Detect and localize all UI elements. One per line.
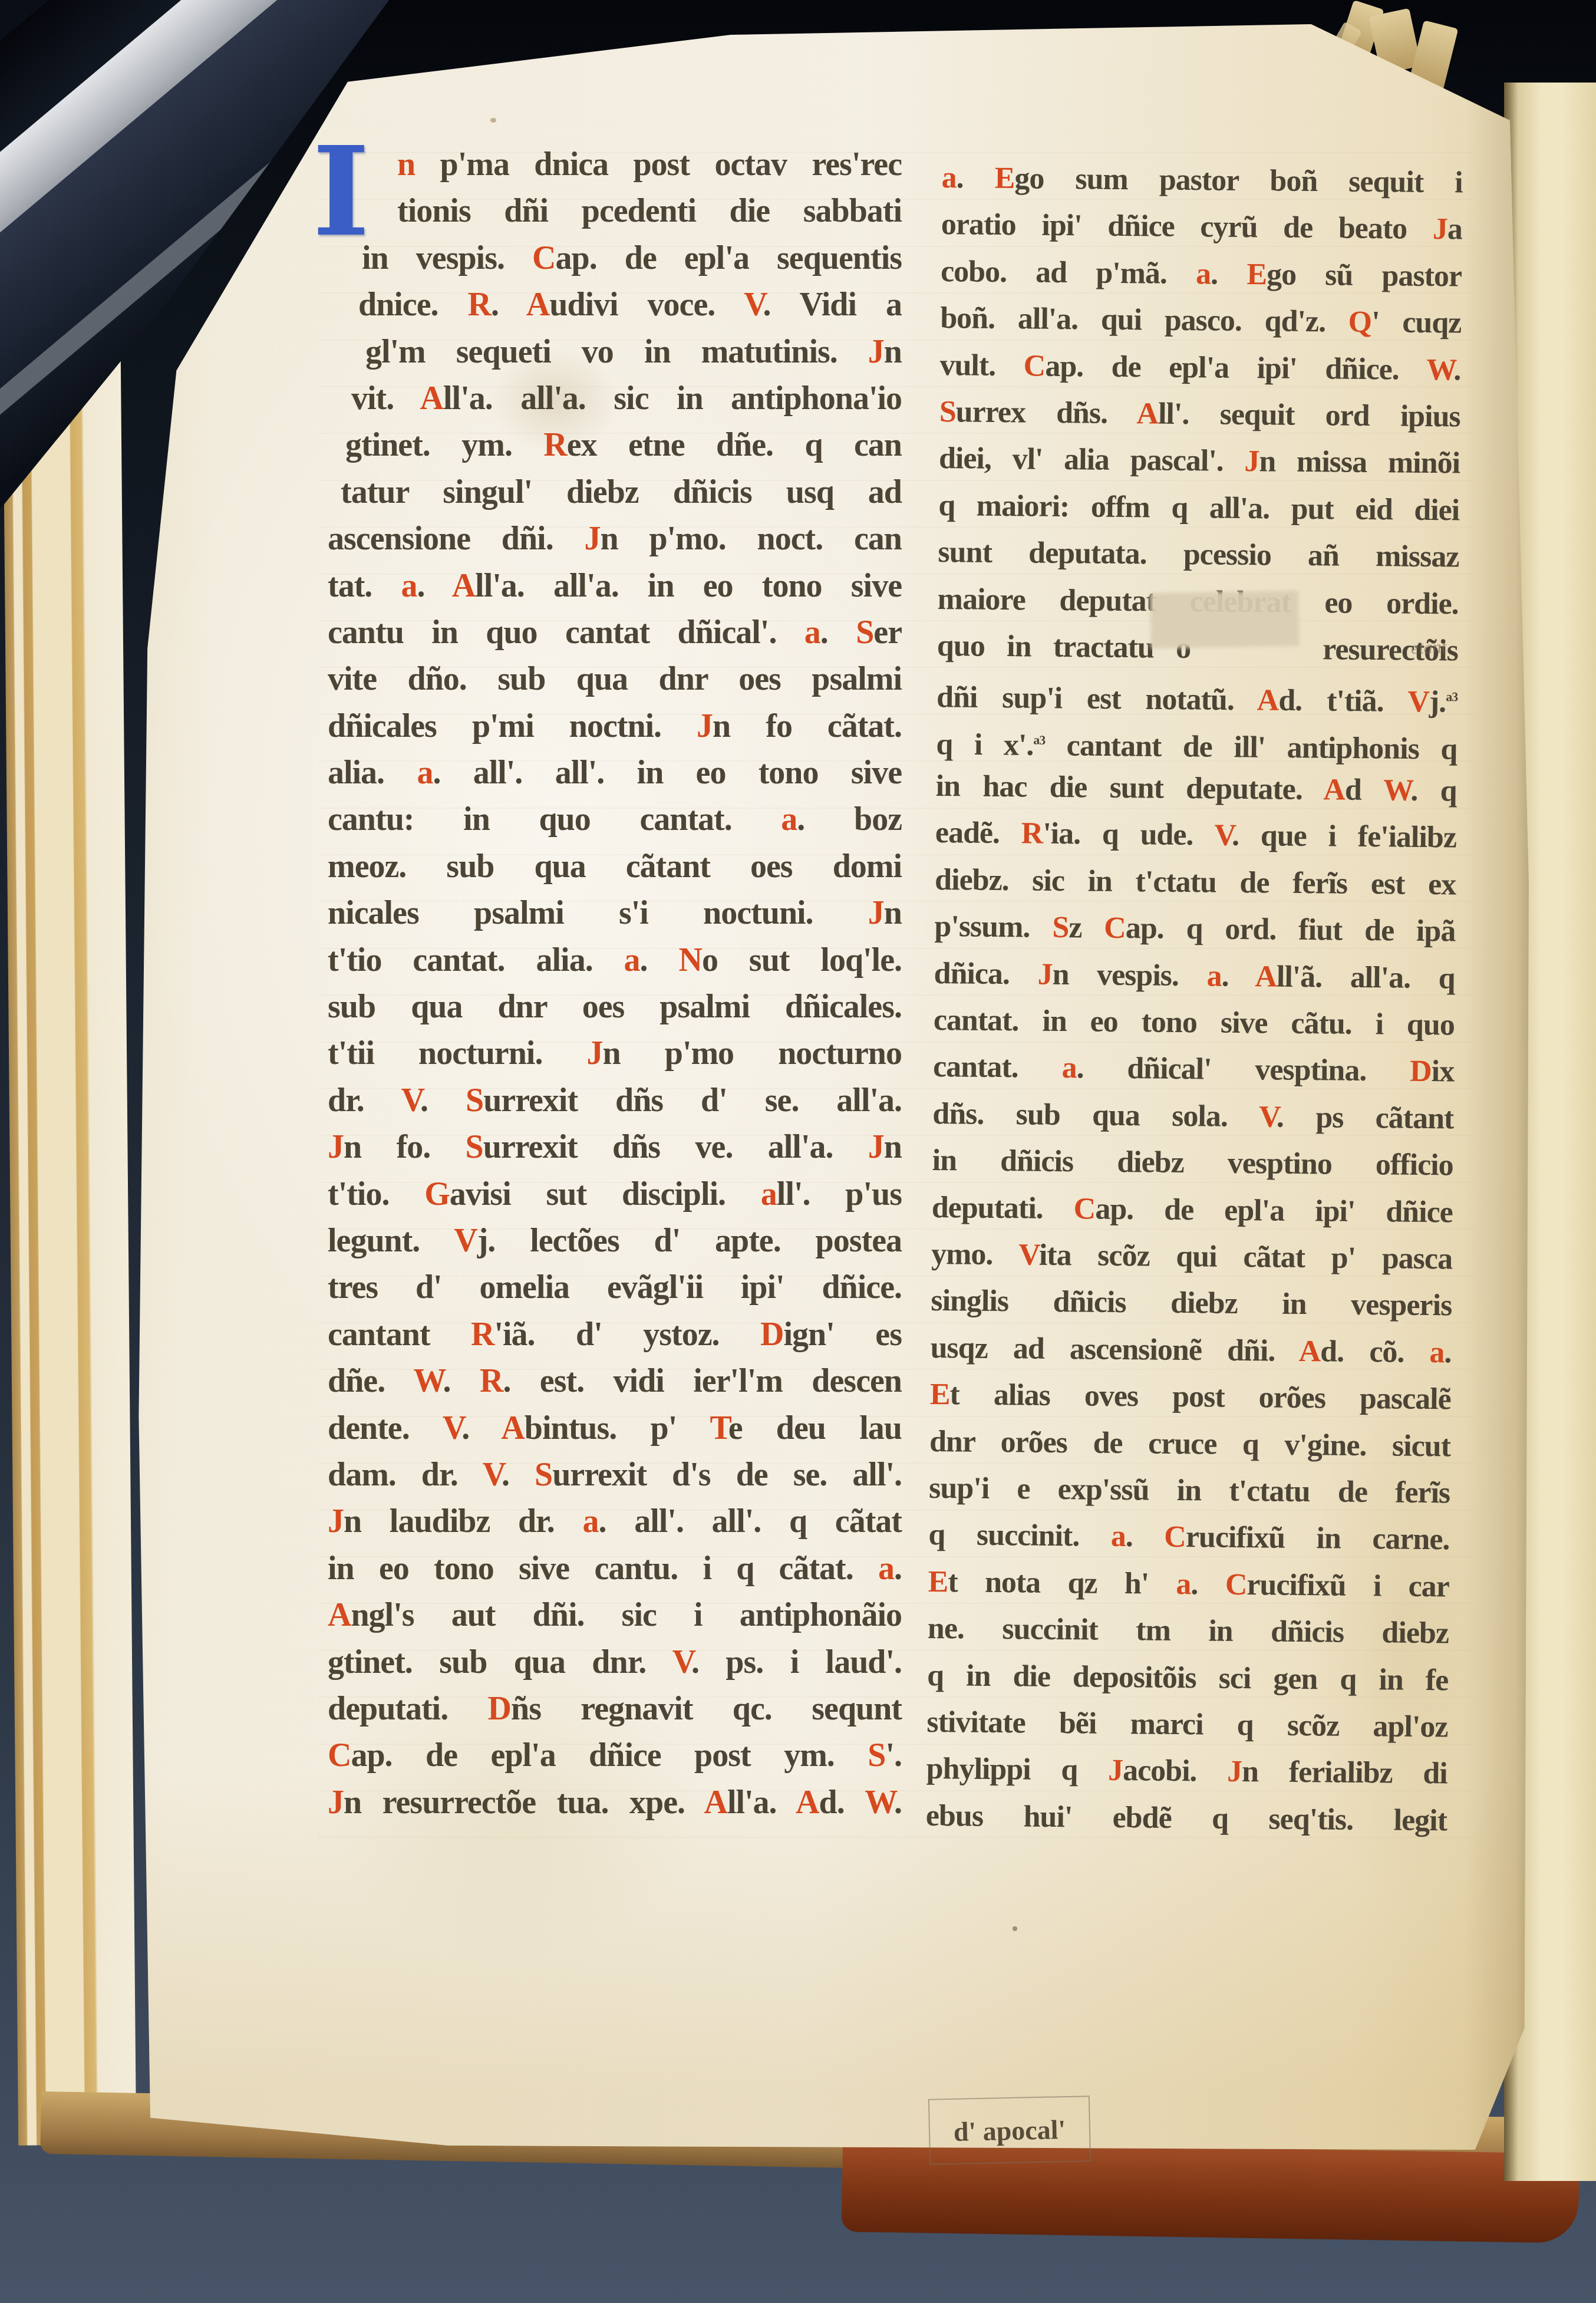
text-segment: p'ma dnica post octav res'rec: [415, 146, 902, 183]
text-segment: ll'. p'us: [777, 1176, 902, 1213]
text-segment: urrexit dñs ve. all'a.: [483, 1129, 868, 1165]
rubric-letter: S: [466, 1082, 483, 1119]
text-segment: .: [1126, 1520, 1165, 1554]
text-segment: .: [491, 286, 526, 323]
rubric-letter: a: [761, 1176, 777, 1213]
rubric-letter: C: [328, 1737, 351, 1774]
manuscript-text-line: ascensione dñi. Jn p'mo. noct. can: [328, 516, 902, 562]
manuscript-text-line: dñs. sub qua sola. V. ps cãtant: [932, 1090, 1454, 1142]
rubric-letter: J: [328, 1129, 344, 1165]
rubric-letter: W: [1383, 773, 1411, 807]
text-segment: dnice.: [358, 286, 468, 323]
manuscript-text-line: ebus hui' ebdẽ q seq'tis. legit: [926, 1793, 1447, 1844]
text-segment: n: [884, 1129, 902, 1165]
manuscript-text-line: dnice. R. Audivi voce. V. Vidi a: [328, 282, 902, 328]
text-segment: n p'mo nocturno: [603, 1035, 902, 1072]
manuscript-text-line: gl'm sequeti vo in matutinis. Jn: [328, 329, 902, 375]
text-segment: q maiori: offm q all'a. put eid diei: [938, 489, 1460, 527]
rubric-letter: V: [1407, 685, 1429, 719]
text-segment: ll'. sequit ord ipius: [1158, 397, 1460, 433]
rubric-letter: a: [1196, 257, 1211, 291]
manuscript-text-line: ymo. Vita scõz qui cãtat p' pasca: [931, 1231, 1453, 1283]
text-segment: .: [820, 614, 856, 651]
manuscript-text-line: in dñicis diebz vesptino officio: [932, 1137, 1453, 1189]
text-segment: diei, vl' alia pascal'.: [939, 442, 1245, 478]
manuscript-text-line: q in die depositõis sci gen q in fe: [927, 1652, 1449, 1704]
rubric-letter: a: [417, 755, 433, 791]
text-segment: in dñicis diebz vesptino officio: [932, 1144, 1453, 1182]
text-segment: vite dño. sub qua dnr oes psalmi: [328, 661, 902, 697]
rubric-letter: S: [535, 1457, 552, 1493]
manuscript-text-line: deputati. Cap. de epl'a ipi' dñice: [931, 1184, 1453, 1236]
text-segment: ix: [1431, 1055, 1454, 1088]
text-segment: . Vidi a: [763, 286, 902, 323]
text-segment: ll'ã. all'a. q: [1277, 960, 1455, 995]
text-segment: cantu in quo cantat dñical'.: [328, 614, 804, 651]
text-segment: . boz: [797, 801, 902, 838]
rubric-letter: V: [1214, 819, 1232, 852]
rubric-letter: J: [697, 708, 713, 744]
rubric-letter: V: [1259, 1100, 1277, 1134]
text-segment: t'tio cantat. alia.: [328, 942, 624, 978]
rubric-letter: D: [1410, 1055, 1432, 1088]
rubric-letter: S: [466, 1129, 483, 1165]
text-segment: . que i fe'ialibz: [1232, 819, 1456, 855]
manuscript-text-line: dnr orões de cruce q v'gine. sicut: [929, 1418, 1451, 1470]
rubric-letter: a: [1111, 1520, 1126, 1553]
manuscript-text-line: cantat. a. dñical' vesptina. Dix: [933, 1043, 1455, 1095]
text-segment: z: [1069, 911, 1104, 945]
text-segment: d.: [819, 1784, 865, 1821]
rubric-letter: A: [420, 380, 443, 417]
text-segment: nicales psalmi s'i noctuni.: [328, 895, 868, 931]
text-segment: .: [1221, 959, 1255, 993]
text-segment: q in die depositõis sci gen q in fe: [927, 1658, 1449, 1696]
manuscript-text-line: p'ssum. Sz Cap. q ord. fiut de ipã: [934, 903, 1456, 955]
rubric-letter: D: [488, 1691, 511, 1727]
text-segment: deputati.: [328, 1691, 488, 1727]
text-segment: er: [873, 614, 902, 651]
text-segment: vit.: [351, 380, 420, 417]
text-segment: n: [884, 895, 902, 931]
text-segment: sunt deputata. pcessio añ missaz: [938, 535, 1459, 574]
text-segment: cobo. ad p'mã.: [941, 255, 1196, 291]
text-segment: cantant de ill' antiphonis q: [1045, 729, 1457, 766]
text-segment: .: [894, 1784, 902, 1821]
text-segment: tatur singul' diebz dñicis usq ad: [341, 474, 902, 510]
text-segment: ex etne dñe. q can: [567, 427, 902, 463]
manuscript-text-line: tat. a. All'a. all'a. in eo tono sive: [328, 563, 902, 609]
rubric-letter: J: [1037, 957, 1053, 991]
rubric-letter: V: [1018, 1238, 1039, 1271]
manuscript-text-line: cantant R'iã. d' ystoz. Dign' es: [328, 1312, 902, 1358]
text-segment: . dñical' vesptina.: [1076, 1052, 1410, 1088]
text-segment: . all'. all'. in eo tono sive: [433, 755, 902, 791]
manuscript-text-line: n p'ma dnica post octav res'rec: [328, 141, 902, 188]
manuscript-text-line: diei, vl' alia pascal'. Jn missa minõi: [939, 435, 1460, 487]
text-segment: rucifixũ in carne.: [1186, 1520, 1450, 1556]
text-segment: '.: [885, 1737, 902, 1774]
rubric-letter: E: [994, 162, 1014, 195]
rubric-letter: C: [532, 240, 555, 276]
manuscript-text-line: dñica. Jn vespis. a. All'ã. all'a. q: [934, 950, 1455, 1002]
rubric-letter: V: [443, 1410, 461, 1447]
rubric-letter: J: [584, 520, 600, 557]
rubric-letter: Q: [1348, 305, 1371, 339]
manuscript-text-line: in eo tono sive cantu. i q cãtat. a.: [328, 1546, 902, 1592]
text-segment: . q: [1410, 774, 1457, 808]
text-segment: cantu: in quo cantat.: [328, 801, 781, 838]
rubric-letter: V: [672, 1644, 691, 1681]
rubric-letter: J: [1433, 212, 1448, 246]
text-segment: ign' es: [784, 1316, 902, 1353]
rubric-letter: R: [543, 427, 566, 463]
text-segment: sup'i e exp'ssũ in t'ctatu de ferĩs: [929, 1471, 1450, 1510]
manuscript-text-line: eadẽ. R'ia. q ude. V. que i fe'ialibz: [935, 809, 1457, 861]
text-segment: . ps cãtant: [1277, 1100, 1454, 1135]
text-segment: e deu lau: [728, 1410, 902, 1447]
text-segment: boñ. all'a. qui pasco. qd'z.: [940, 301, 1348, 339]
text-segment: 'ia. q ude.: [1043, 817, 1215, 852]
manuscript-text-line: deputati. Dñs regnavit qc. sequnt: [328, 1686, 902, 1732]
text-segment: dente.: [328, 1410, 443, 1447]
text-segment: t'tii nocturni.: [328, 1035, 587, 1072]
rubric-letter: R: [1021, 817, 1043, 851]
text-segment: .: [461, 1410, 501, 1447]
rubric-letter: T: [710, 1410, 728, 1447]
text-segment: ap. de epl'a ipi' dñice.: [1045, 349, 1427, 386]
manuscript-text-line: in vespis. Cap. de epl'a sequentis: [328, 235, 902, 282]
text-segment: vult.: [939, 348, 1024, 383]
manuscript-text-line: legunt. Vj. lectões d' apte. postea: [328, 1218, 902, 1264]
rubric-letter: S: [1052, 911, 1069, 944]
rubric-letter: a: [1206, 959, 1222, 993]
text-segment: o sut loq'le.: [702, 942, 902, 978]
text-segment: singlis dñicis diebz in vesperis: [931, 1284, 1452, 1322]
manuscript-text-line: t'tio. Gavisi sut discipli. all'. p'us: [328, 1171, 902, 1218]
text-segment: ita scõz qui cãtat p' pasca: [1039, 1238, 1453, 1276]
text-segment: bintus. p': [525, 1410, 710, 1447]
text-segment: go sum pastor boñ sequit i: [1014, 162, 1463, 199]
text-segment: n vespis.: [1052, 958, 1207, 993]
manuscript-text-line: dñe. W. R. est. vidi ier'l'm descen: [328, 1358, 902, 1405]
text-segment: t alias oves post orões pascalẽ: [949, 1378, 1451, 1416]
rubric-letter: R: [471, 1316, 494, 1353]
text-segment: n laudibz dr.: [344, 1503, 583, 1540]
manuscript-text-line: Jn resurrectõe tua. xpe. All'a. Ad. W.: [328, 1780, 902, 1826]
manuscript-text-line: sub qua dnr oes psalmi dñicales.: [328, 984, 902, 1030]
manuscript-text-line: phylippi q Jacobi. Jn ferialibz di: [926, 1745, 1447, 1797]
manuscript-text-line: a. Ego sum pastor boñ sequit i: [941, 154, 1463, 206]
manuscript-text-line: cantu in quo cantat dñical'. a. Ser: [328, 609, 902, 656]
rubric-letter: V: [483, 1457, 502, 1493]
rubric-letter: a: [583, 1503, 599, 1540]
rubric-letter: V: [454, 1223, 477, 1259]
rubric-letter: a: [1176, 1567, 1191, 1601]
text-segment: avisi sut discipli.: [450, 1176, 761, 1213]
manuscript-text-line: Jn fo. Surrexit dñs ve. all'a. Jn: [328, 1124, 902, 1171]
text-segment: j. lectões d' apte. postea: [477, 1223, 902, 1259]
rubric-letter: V: [744, 286, 763, 323]
rubric-letter: C: [1104, 911, 1126, 945]
rubric-letter: A: [704, 1784, 727, 1821]
text-segment: tionis dñi pcedenti die sabbati: [397, 193, 902, 229]
rubric-letter: a: [1429, 1336, 1445, 1369]
rubric-letter: S: [868, 1737, 885, 1774]
ink-speck: [1013, 1926, 1017, 1931]
text-segment: ngl's aut dñi. sic i antiphonãio: [351, 1597, 902, 1633]
erasure-patch: [1150, 591, 1300, 648]
text-segment: dñe.: [328, 1363, 414, 1399]
text-segment: .: [417, 568, 452, 604]
manuscript-text-line: dñicales p'mi noctni. Jn fo cãtat.: [328, 703, 902, 750]
text-segment: stivitate bẽi marci q scõz apl'oz: [926, 1705, 1448, 1744]
catchword-box: d' apocal': [928, 2096, 1091, 2165]
text-segment: ebus hui' ebdẽ q seq'tis. legit: [926, 1799, 1447, 1837]
text-segment: .: [1211, 257, 1247, 291]
text-segment: ñs regnavit qc. sequnt: [511, 1691, 902, 1727]
rubric-letter: a: [804, 614, 820, 651]
manuscript-text-line: stivitate bẽi marci q scõz apl'oz: [926, 1699, 1448, 1751]
manuscript-text-line: sunt deputata. pcessio añ missaz: [938, 529, 1459, 581]
marginal-gloss: etant: [1410, 637, 1446, 658]
text-segment: usqz ad ascensionẽ dñi.: [930, 1331, 1299, 1368]
text-segment: dam. dr.: [328, 1457, 483, 1493]
text-segment: cantat.: [933, 1050, 1062, 1085]
manuscript-text-line: tatur singul' diebz dñicis usq ad: [328, 469, 902, 516]
manuscript-text-line: meoz. sub qua cãtant oes domi: [328, 844, 902, 890]
text-segment: go sũ pastor: [1267, 258, 1462, 293]
manuscript-text-line: ne. succinit tm in dñicis diebz: [928, 1605, 1449, 1657]
manuscript-text-line: cobo. ad p'mã. a. Ego sũ pastor: [941, 248, 1462, 300]
text-segment: ll'a.: [727, 1784, 796, 1821]
text-segment: urrex dñs.: [955, 395, 1136, 430]
rubric-letter: J: [1108, 1754, 1123, 1787]
manuscript-text-line: Et alias oves post orões pascalẽ: [929, 1371, 1451, 1423]
manuscript-text-line: Cap. de epl'a dñice post ym. S'.: [328, 1732, 902, 1779]
text-segment: n missa minõi: [1259, 445, 1460, 480]
text-segment: cantat. in eo tono sive cãtu. i quo: [934, 1003, 1455, 1042]
rubric-letter: J: [587, 1035, 603, 1072]
text-segment: .: [1191, 1567, 1225, 1602]
text-segment: ll'a. all'a. in eo tono sive: [475, 568, 902, 604]
manuscript-text-line: q i x'.a3 cantant de ill' antiphonis q: [936, 716, 1457, 768]
text-segment: dnr orões de cruce q v'gine. sicut: [929, 1424, 1451, 1462]
manuscript-text-line: q succinit. a. Crucifixũ in carne.: [928, 1511, 1450, 1563]
manuscript-text-line: Angl's aut dñi. sic i antiphonãio: [328, 1592, 902, 1639]
rubric-letter: A: [1255, 960, 1277, 993]
rubric-letter: J: [868, 334, 884, 370]
manuscript-text-line: dñi sup'i est notatũ. Ad. t'tiã. Vj.a3: [937, 669, 1458, 721]
text-segment: rucifixũ i car: [1247, 1568, 1449, 1603]
text-segment: alia.: [328, 755, 417, 791]
text-segment: .: [502, 1457, 535, 1493]
text-segment: a3: [1033, 733, 1045, 747]
text-segment: .: [1453, 353, 1461, 387]
rubric-letter: A: [1298, 1335, 1320, 1368]
manuscript-text-line: q maiori: offm q all'a. put eid diei: [938, 482, 1460, 534]
rubric-letter: J: [868, 1129, 884, 1165]
manuscript-text-line: singlis dñicis diebz in vesperis: [931, 1277, 1452, 1329]
text-segment: j.: [1429, 686, 1446, 719]
text-segment: dñica.: [934, 957, 1037, 991]
text-segment: . est. vidi ier'l'm descen: [503, 1363, 902, 1399]
rubric-letter: a: [1061, 1051, 1077, 1085]
manuscript-text-line: gtinet. ym. Rex etne dñe. q can: [328, 422, 902, 469]
manuscript-text-line: alia. a. all'. all'. in eo tono sive: [328, 750, 902, 796]
manuscript-text-line: vite dño. sub qua dnr oes psalmi: [328, 656, 902, 703]
text-segment: . ps. i laud'.: [691, 1644, 902, 1681]
text-segment: ap. de epl'a dñice post ym.: [351, 1737, 868, 1774]
manuscript-text-line: usqz ad ascensionẽ dñi. Ad. cõ. a.: [930, 1325, 1452, 1376]
rubric-letter: C: [1225, 1567, 1247, 1601]
rubric-letter: D: [760, 1316, 783, 1353]
text-segment: oratio ipi' dñice cyrũ de beato: [941, 207, 1433, 246]
rubric-letter: a: [401, 568, 417, 604]
text-segment: urrexit d's de se. all'.: [552, 1457, 902, 1493]
text-segment: ymo.: [931, 1237, 1019, 1271]
rubric-letter: W: [414, 1363, 443, 1399]
text-segment: t'tio.: [328, 1176, 424, 1213]
text-segment: sub qua dnr oes psalmi dñicales.: [328, 989, 902, 1025]
rubric-letter: S: [939, 395, 956, 429]
manuscript-text-line: dente. V. Abintus. p' Te deu lau: [328, 1405, 902, 1452]
text-segment: tres d' omelia evãgl'ii ipi' dñice.: [328, 1269, 902, 1306]
rubric-letter: S: [856, 614, 873, 651]
manuscript-text-line: Et nota qz h' a. Crucifixũ i car: [928, 1559, 1449, 1610]
rubric-letter: J: [1227, 1755, 1242, 1788]
manuscript-text-line: Surrex dñs. All'. sequit ord ipius: [939, 388, 1460, 440]
manuscript-text-line: tres d' omelia evãgl'ii ipi' dñice.: [328, 1264, 902, 1311]
text-segment: n ferialibz di: [1242, 1755, 1447, 1790]
text-segment: .: [420, 1082, 466, 1119]
rubric-letter: A: [1257, 684, 1279, 717]
text-segment: d. cõ.: [1320, 1335, 1430, 1369]
text-segment: in eo tono sive cantu. i q cãtat.: [328, 1550, 878, 1587]
rubric-letter: a: [624, 942, 640, 978]
rubric-letter: A: [452, 568, 475, 604]
text-column-right: a. Ego sum pastor boñ sequit ioratio ipi…: [926, 154, 1463, 1844]
rubric-letter: W: [1426, 352, 1454, 386]
manuscript-photo: I n p'ma dnica post octav res'rectionis …: [0, 0, 1596, 2303]
ink-speck: [490, 118, 496, 123]
text-segment: q i x'.: [936, 727, 1033, 762]
text-segment: q succinit.: [928, 1518, 1111, 1553]
rubric-letter: C: [1023, 349, 1045, 383]
manuscript-text-line: dam. dr. V. Surrexit d's de se. all'.: [328, 1452, 902, 1498]
manuscript-text-line: t'tio cantat. alia. a. No sut loq'le.: [328, 937, 902, 984]
text-segment: tat.: [328, 568, 401, 604]
rubric-letter: J: [328, 1503, 344, 1540]
manuscript-text-line: vult. Cap. de epl'a ipi' dñice. W.: [939, 342, 1461, 394]
text-segment: dr.: [328, 1082, 401, 1119]
text-segment: deputati.: [932, 1191, 1074, 1225]
text-segment: urrexit dñs d' se. all'a.: [483, 1082, 902, 1119]
text-segment: diebz. sic in t'ctatu de ferĩs est ex: [935, 863, 1456, 901]
text-segment: . all'. all'. q cãtat: [599, 1503, 902, 1540]
text-segment: n: [884, 334, 902, 370]
rubric-letter: E: [1247, 258, 1267, 291]
text-segment: phylippi q: [926, 1752, 1108, 1787]
text-segment: 'iã. d' ystoz.: [494, 1316, 760, 1353]
rubric-letter: J: [328, 1784, 344, 1821]
text-segment: n fo.: [344, 1129, 466, 1165]
text-segment: .: [956, 161, 995, 195]
text-segment: ap. de epl'a ipi' dñice: [1095, 1192, 1453, 1229]
rubric-letter: a: [878, 1550, 894, 1587]
manuscript-text-line: gtinet. sub qua dnr. V. ps. i laud'.: [328, 1639, 902, 1686]
rubric-letter: A: [526, 286, 549, 323]
rubric-letter: R: [480, 1363, 503, 1399]
text-segment: dñs. sub qua sola.: [932, 1097, 1259, 1134]
text-segment: .: [894, 1550, 902, 1587]
text-segment: .: [640, 942, 679, 978]
rubric-letter: C: [1164, 1520, 1186, 1554]
manuscript-text-line: dr. V. Surrexit dñs d' se. all'a.: [328, 1078, 902, 1124]
manuscript-text-line: diebz. sic in t'ctatu de ferĩs est ex: [935, 856, 1456, 908]
text-segment: gl'm sequeti vo in matutinis.: [365, 334, 868, 370]
text-segment: ap. de epl'a sequentis: [556, 240, 902, 276]
rubric-letter: J: [868, 895, 884, 931]
manuscript-text-line: boñ. all'a. qui pasco. qd'z. Q' cuqz: [940, 295, 1462, 347]
text-segment: dñicales p'mi noctni.: [328, 708, 697, 744]
text-segment: gtinet. ym.: [345, 427, 543, 463]
text-segment: meoz. sub qua cãtant oes domi: [328, 848, 902, 885]
text-segment: eadẽ.: [935, 816, 1021, 850]
text-segment: ' cuqz: [1371, 305, 1462, 340]
rubric-letter: A: [328, 1597, 351, 1633]
text-segment: ll'a. all'a. sic in antiphona'io: [443, 380, 902, 417]
text-column-left: n p'ma dnica post octav res'rectionis dñ…: [328, 141, 902, 1826]
text-segment: acobi.: [1123, 1754, 1228, 1788]
text-segment: t nota qz h': [948, 1565, 1176, 1601]
rubric-letter: n: [397, 146, 415, 183]
manuscript-text-line: cantu: in quo cantat. a. boz: [328, 796, 902, 843]
text-segment: d. t'tiã.: [1278, 684, 1408, 719]
manuscript-text-line: cantat. in eo tono sive cãtu. i quo: [934, 997, 1455, 1049]
rubric-letter: E: [930, 1378, 950, 1411]
rubric-letter: a: [941, 161, 957, 195]
manuscript-text-line: vit. All'a. all'a. sic in antiphona'io: [328, 375, 902, 422]
text-segment: ne. succinit tm in dñicis diebz: [928, 1612, 1449, 1650]
rubric-letter: W: [865, 1784, 894, 1821]
rubric-letter: A: [501, 1410, 524, 1447]
rubric-letter: N: [678, 942, 701, 978]
text-segment: gtinet. sub qua dnr.: [328, 1644, 672, 1681]
text-segment: a: [1447, 213, 1463, 246]
rubric-letter: R: [468, 286, 491, 323]
rubric-letter: A: [796, 1784, 819, 1821]
text-segment: n fo cãtat.: [713, 708, 902, 744]
text-segment: .: [1444, 1336, 1452, 1369]
rubric-letter: G: [424, 1176, 450, 1213]
manuscript-text-line: nicales psalmi s'i noctuni. Jn: [328, 890, 902, 937]
text-segment: in vespis.: [362, 240, 532, 276]
manuscript-text-line: Jn laudibz dr. a. all'. all'. q cãtat: [328, 1498, 902, 1545]
text-segment: cantant: [328, 1316, 471, 1353]
text-segment: ascensione dñi.: [328, 520, 584, 557]
text-segment: legunt.: [328, 1223, 454, 1259]
text-segment: udivi voce.: [549, 286, 744, 323]
rubric-letter: E: [928, 1565, 948, 1599]
text-segment: a3: [1446, 690, 1457, 704]
rubric-letter: A: [1136, 397, 1158, 430]
text-segment: .: [443, 1363, 479, 1399]
rubric-letter: A: [1323, 773, 1345, 806]
rubric-letter: V: [401, 1082, 420, 1119]
rubric-letter: J: [1244, 444, 1259, 478]
manuscript-text-line: tionis dñi pcedenti die sabbati: [328, 188, 902, 235]
